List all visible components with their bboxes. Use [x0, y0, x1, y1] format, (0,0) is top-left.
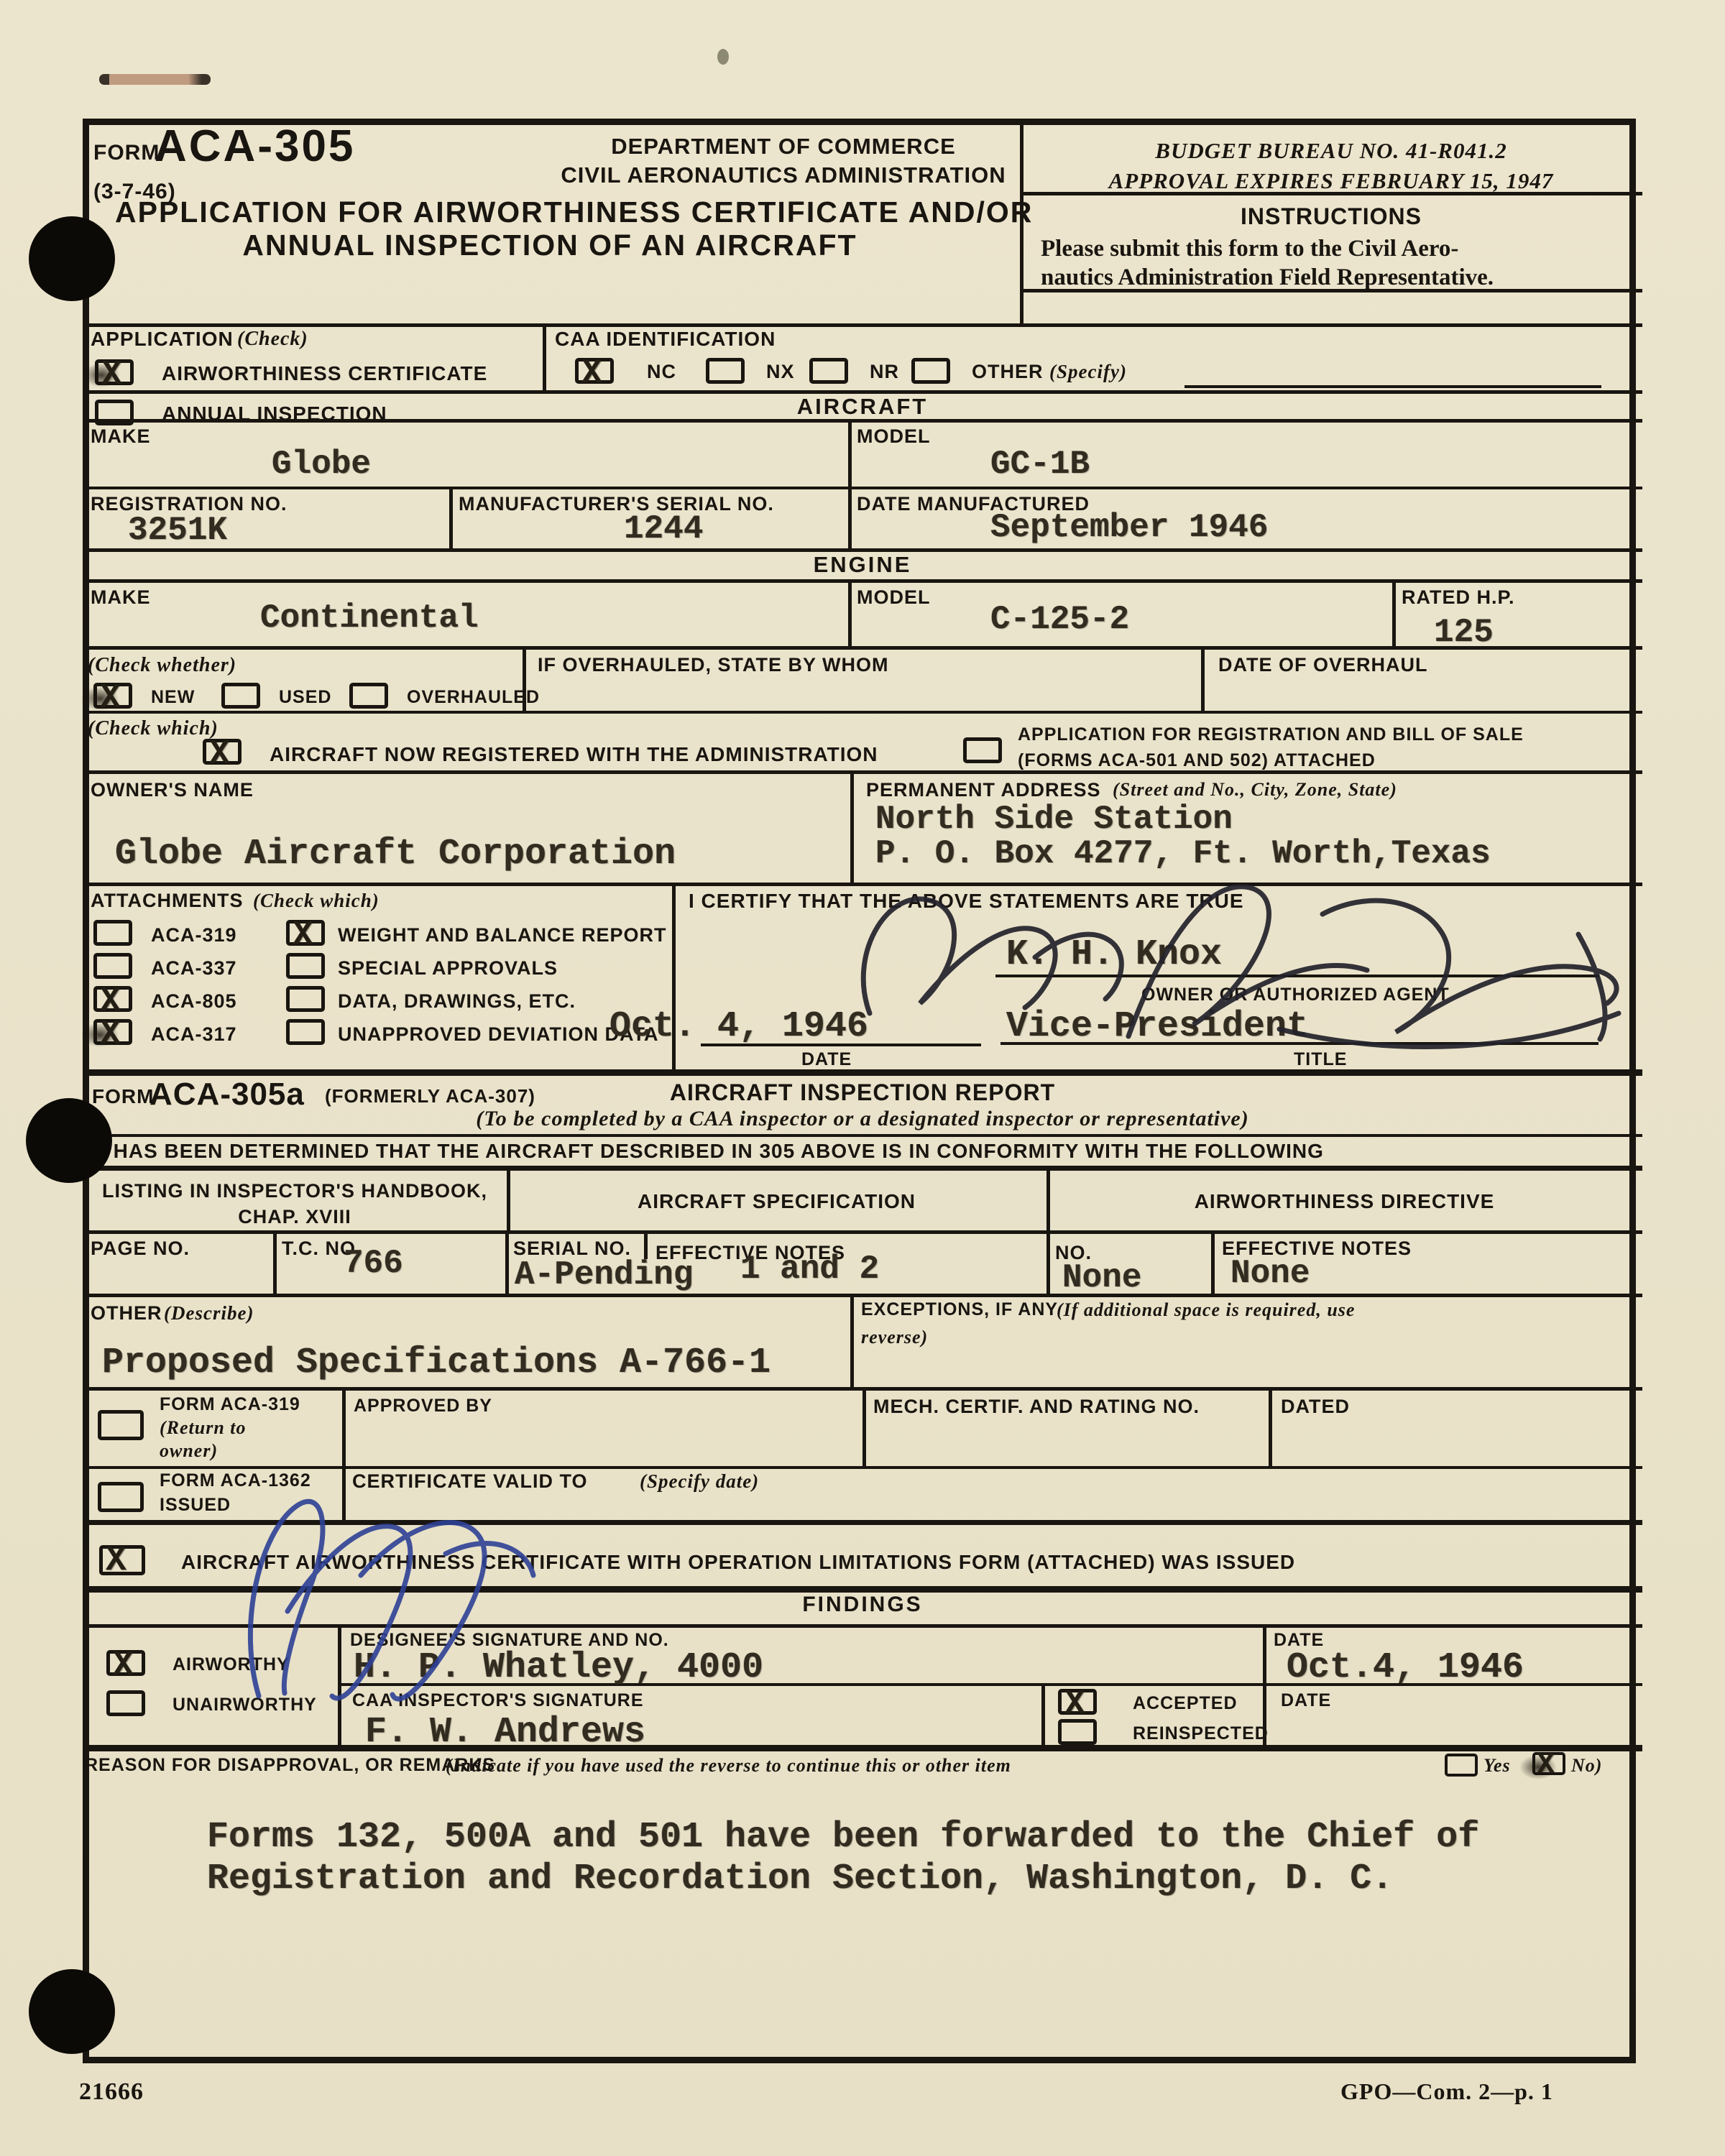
- tc-no-value: 766: [344, 1245, 403, 1282]
- other-label: OTHER: [972, 361, 1044, 383]
- overhauled-by-label: IF OVERHAULED, STATE BY WHOM: [538, 654, 889, 676]
- unairworthy-label: UNAIRWORTHY: [172, 1695, 317, 1715]
- permanent-address-paren: (Street and No., City, Zone, State): [1113, 779, 1397, 801]
- owner-name-value: Globe Aircraft Corporation: [115, 834, 676, 875]
- airworthiness-directive-col: AIRWORTHINESS DIRECTIVE: [1046, 1190, 1642, 1213]
- permanent-address-label: PERMANENT ADDRESS: [866, 779, 1101, 801]
- nx-label: NX: [766, 361, 795, 383]
- designee-signature-value: H. P. Whatley, 4000: [354, 1647, 763, 1688]
- instructions-line1: Please submit this form to the Civil Aer…: [1041, 236, 1458, 262]
- application-attached-line1: APPLICATION FOR REGISTRATION AND BILL OF…: [1018, 724, 1524, 745]
- attachments-label: ATTACHMENTS: [91, 890, 243, 912]
- engine-make-label: MAKE: [91, 586, 151, 609]
- form-aca319-label: FORM ACA-319: [160, 1394, 300, 1415]
- check-which-label: (Check which): [88, 717, 218, 740]
- department-line2: CIVIL AERONAUTICS ADMINISTRATION: [561, 162, 1006, 188]
- accepted-checkbox[interactable]: [1058, 1689, 1097, 1715]
- engine-used-checkbox[interactable]: [221, 683, 260, 709]
- cert-date-value: Oct. 4, 1946: [609, 1006, 868, 1047]
- remarks-yes-checkbox[interactable]: [1445, 1754, 1478, 1777]
- inspection-title: AIRCRAFT INSPECTION REPORT: [575, 1079, 1150, 1106]
- address-line1: North Side Station: [875, 801, 1233, 838]
- engine-overhauled-checkbox[interactable]: [349, 683, 388, 709]
- aca-337-checkbox[interactable]: [93, 953, 132, 979]
- other-specify-field[interactable]: [1184, 385, 1601, 388]
- remarks-no-label: No): [1571, 1755, 1602, 1777]
- nx-checkbox[interactable]: [706, 358, 745, 384]
- cert-date-line[interactable]: [701, 1044, 981, 1046]
- certificate-valid-label: CERTIFICATE VALID TO: [352, 1470, 588, 1493]
- unairworthy-checkbox[interactable]: [106, 1690, 145, 1716]
- application-label: APPLICATION: [91, 328, 234, 351]
- aca-805-label: ACA-805: [151, 990, 237, 1013]
- data-drawings-checkbox[interactable]: [286, 986, 325, 1012]
- check-whether-label: (Check whether): [88, 654, 236, 677]
- form-aca1362-checkbox[interactable]: [98, 1482, 144, 1512]
- aircraft-section-title: AIRCRAFT: [83, 394, 1642, 420]
- remarks-body-line2: Registration and Recordation Section, Wa…: [207, 1858, 1393, 1899]
- special-approvals-checkbox[interactable]: [286, 953, 325, 979]
- data-drawings-label: DATA, DRAWINGS, ETC.: [338, 990, 576, 1013]
- engine-new-label: NEW: [151, 687, 195, 708]
- budget-bureau-line1: BUDGET BUREAU NO. 41-R041.2: [1020, 138, 1642, 164]
- approved-by-label: APPROVED BY: [354, 1396, 492, 1416]
- remarks-yes-label: Yes: [1483, 1755, 1511, 1777]
- print-order-number: 21666: [79, 2078, 144, 2106]
- other-describe-label: OTHER: [91, 1302, 162, 1325]
- ink-smear-artifact: [99, 74, 211, 85]
- punch-hole-middle: [26, 1098, 112, 1183]
- aca-319-checkbox[interactable]: [93, 920, 132, 946]
- engine-new-checkbox[interactable]: [93, 683, 132, 709]
- nc-checkbox[interactable]: [575, 358, 614, 384]
- aircraft-model-value: GC-1B: [990, 446, 1090, 483]
- nr-checkbox[interactable]: [809, 358, 848, 384]
- inspection-form-former: (FORMERLY ACA-307): [325, 1085, 535, 1107]
- registered-label: AIRCRAFT NOW REGISTERED WITH THE ADMINIS…: [270, 743, 878, 766]
- punch-hole-bottom: [29, 1969, 115, 2054]
- form-title-line2: ANNUAL INSPECTION OF AN AIRCRAFT: [115, 229, 985, 262]
- reason-label-paren: (Indicate if you have used the reverse t…: [446, 1755, 1011, 1777]
- page-no-label: PAGE NO.: [91, 1238, 190, 1260]
- findings-date-value: Oct.4, 1946: [1287, 1647, 1524, 1688]
- form-aca319-checkbox[interactable]: [98, 1410, 144, 1440]
- engine-overhauled-label: OVERHAULED: [407, 687, 540, 708]
- exceptions-paren1: (If additional space is required, use: [1057, 1299, 1355, 1321]
- airworthy-checkbox[interactable]: [106, 1650, 145, 1676]
- cert-title-value: Vice-President: [1006, 1006, 1308, 1047]
- cert-date-label: DATE: [801, 1049, 852, 1070]
- engine-model-label: MODEL: [857, 586, 931, 609]
- cert-title-line[interactable]: [1000, 1042, 1598, 1045]
- unapproved-deviation-checkbox[interactable]: [286, 1019, 325, 1045]
- weight-balance-checkbox[interactable]: [286, 920, 325, 946]
- handbook-col-line1: LISTING IN INSPECTOR'S HANDBOOK,: [83, 1180, 507, 1202]
- other-describe-paren: (Describe): [164, 1302, 254, 1325]
- remarks-body-line1: Forms 132, 500A and 501 have been forwar…: [207, 1817, 1479, 1858]
- gpo-imprint: GPO—Com. 2—p. 1: [1340, 2078, 1553, 2105]
- airworthiness-certificate-checkbox[interactable]: [95, 359, 134, 385]
- other-label-paren: (Specify): [1049, 361, 1127, 383]
- findings-title: FINDINGS: [83, 1593, 1642, 1617]
- aca-337-label: ACA-337: [151, 957, 237, 980]
- form-title-line1: APPLICATION FOR AIRWORTHINESS CERTIFICAT…: [115, 195, 985, 229]
- punch-hole-top: [29, 216, 115, 301]
- engine-section-title: ENGINE: [83, 552, 1642, 578]
- dated-label: DATED: [1281, 1396, 1350, 1418]
- address-line2: P. O. Box 4277, Ft. Worth,Texas: [875, 835, 1491, 872]
- form-aca1362-label: FORM ACA-1362: [160, 1470, 311, 1491]
- form-aca1362-issued: ISSUED: [160, 1495, 231, 1516]
- nr-label: NR: [870, 361, 899, 383]
- caa-identification-label: CAA IDENTIFICATION: [555, 328, 776, 351]
- ad-notes-value: None: [1230, 1255, 1310, 1292]
- caa-inspector-label: CAA INSPECTOR'S SIGNATURE: [352, 1690, 644, 1711]
- cert-title-label: TITLE: [1294, 1049, 1347, 1070]
- inspection-subtitle: (To be completed by a CAA inspector or a…: [83, 1107, 1642, 1131]
- budget-bureau-line2: APPROVAL EXPIRES FEBRUARY 15, 1947: [1020, 168, 1642, 194]
- signer-typed-name: K. H. Knox: [1006, 934, 1222, 975]
- mfr-serial-label: MANUFACTURER'S SERIAL NO.: [459, 493, 774, 515]
- paper-speck: [717, 49, 729, 65]
- accepted-label: ACCEPTED: [1133, 1693, 1238, 1714]
- application-attached-checkbox[interactable]: [963, 737, 1002, 763]
- engine-model-value: C-125-2: [990, 601, 1129, 638]
- other-checkbox[interactable]: [911, 358, 950, 384]
- engine-used-label: USED: [279, 687, 331, 708]
- instructions-line2: nautics Administration Field Representat…: [1041, 264, 1494, 291]
- reinspected-checkbox[interactable]: [1058, 1719, 1097, 1745]
- rated-hp-label: RATED H.P.: [1402, 586, 1515, 609]
- mfr-serial-value: 1244: [624, 510, 703, 548]
- certify-statement: I CERTIFY THAT THE ABOVE STATEMENTS ARE …: [689, 890, 1244, 913]
- form-number: ACA-305: [155, 121, 355, 172]
- instructions-title: INSTRUCTIONS: [1020, 203, 1642, 230]
- owner-signature-line[interactable]: [995, 975, 1599, 977]
- form-aca319-return1: (Return to: [160, 1417, 247, 1439]
- nc-label: NC: [647, 361, 676, 383]
- exceptions-paren2: reverse): [861, 1327, 928, 1348]
- handbook-col-line2: CHAP. XVIII: [83, 1206, 507, 1228]
- date-manufactured-value: September 1946: [990, 509, 1268, 546]
- inspection-form-prefix: FORM: [92, 1085, 154, 1108]
- owner-agent-label: OWNER OR AUTHORIZED AGENT: [1141, 985, 1450, 1005]
- aca-317-checkbox[interactable]: [93, 1019, 132, 1045]
- aircraft-model-label: MODEL: [857, 425, 931, 448]
- aca-319-label: ACA-319: [151, 924, 237, 946]
- remarks-no-checkbox[interactable]: [1532, 1752, 1565, 1775]
- certificate-issued-label: AIRCRAFT AIRWORTHINESS CERTIFICATE WITH …: [181, 1551, 1295, 1574]
- registered-checkbox[interactable]: [203, 739, 241, 765]
- exceptions-label: EXCEPTIONS, IF ANY: [861, 1299, 1058, 1320]
- scanned-form-page: FORM ACA-305 (3-7-46) DEPARTMENT OF COMM…: [0, 0, 1725, 2156]
- findings-date2-label: DATE: [1281, 1690, 1331, 1711]
- effective-notes-value: 1 and 2: [740, 1250, 879, 1288]
- special-approvals-label: SPECIAL APPROVALS: [338, 957, 558, 980]
- aircraft-make-value: Globe: [272, 446, 371, 483]
- overhaul-date-label: DATE OF OVERHAUL: [1218, 654, 1428, 676]
- other-value: Proposed Specifications A-766-1: [102, 1342, 770, 1383]
- application-label-paren: (Check): [237, 328, 308, 351]
- weight-balance-label: WEIGHT AND BALANCE REPORT: [338, 924, 667, 946]
- determined-statement: IT HAS BEEN DETERMINED THAT THE AIRCRAFT…: [88, 1140, 1324, 1163]
- reinspected-label: REINSPECTED: [1133, 1723, 1269, 1744]
- mech-certif-label: MECH. CERTIF. AND RATING NO.: [873, 1396, 1200, 1418]
- department-line1: DEPARTMENT OF COMMERCE: [561, 134, 1006, 160]
- engine-make-value: Continental: [260, 599, 479, 637]
- form-number-prefix: FORM: [93, 141, 160, 165]
- attachments-label-paren: (Check which): [253, 890, 379, 912]
- airworthiness-certificate-label: AIRWORTHINESS CERTIFICATE: [162, 362, 487, 385]
- application-attached-line2: (FORMS ACA-501 AND 502) ATTACHED: [1018, 750, 1376, 771]
- certificate-valid-paren: (Specify date): [640, 1470, 759, 1493]
- reason-label: REASON FOR DISAPPROVAL, OR REMARKS: [85, 1755, 495, 1776]
- aircraft-spec-col: AIRCRAFT SPECIFICATION: [507, 1190, 1046, 1213]
- aircraft-make-label: MAKE: [91, 425, 151, 448]
- airworthy-label: AIRWORTHY: [172, 1654, 290, 1675]
- ad-no-value: None: [1062, 1259, 1141, 1296]
- certificate-issued-checkbox[interactable]: [99, 1545, 145, 1575]
- owner-name-label: OWNER'S NAME: [91, 779, 254, 801]
- registration-no-value: 3251K: [128, 512, 227, 549]
- aca-317-label: ACA-317: [151, 1023, 237, 1046]
- form-aca319-return2: owner): [160, 1440, 218, 1462]
- aca-805-checkbox[interactable]: [93, 986, 132, 1012]
